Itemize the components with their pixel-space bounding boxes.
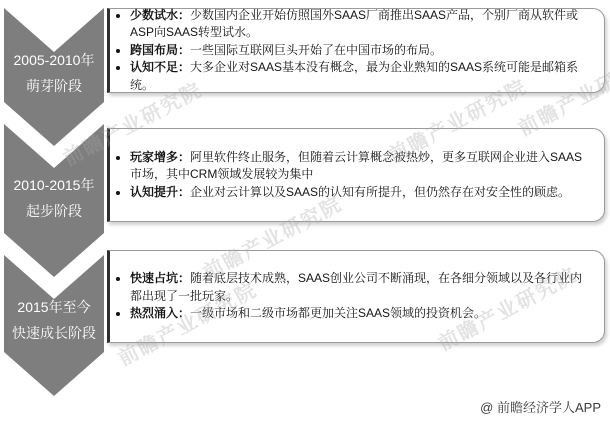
stage-3-phase: 快速成长阶段: [4, 320, 104, 346]
point-label: 玩家增多：: [130, 150, 190, 164]
bullet-point: 玩家增多：阿里软件终止服务，但随着云计算概念被热炒，更多互联网企业进入SAAS市…: [130, 149, 592, 184]
point-label: 少数试水：: [130, 8, 190, 22]
source-credit: @ 前瞻经济学人APP: [480, 397, 601, 416]
point-label: 热烈涌入：: [130, 306, 190, 320]
stage-1-phase: 萌芽阶段: [4, 73, 104, 99]
stage-2-label: 2010-2015年 起步阶段: [4, 172, 104, 224]
stage-1-points-list: 少数试水：少数国内企业开始仿照国外SAAS厂商推出SAAS产品，个别厂商从软件或…: [115, 7, 592, 95]
point-text: 企业对云计算以及SAAS的认知有所提升，但仍然存在对安全性的顾虑。: [190, 185, 570, 199]
point-label: 认知不足：: [130, 60, 190, 74]
point-text: 少数国内企业开始仿照国外SAAS厂商推出SAAS产品，个别厂商从软件或ASP向S…: [130, 8, 578, 40]
bullet-point: 热烈涌入：一级市场和二级市场都更加关注SAAS领域的投资机会。: [130, 305, 592, 323]
point-text: 一些国际互联网巨头开始了在中国市场的布局。: [190, 43, 442, 57]
point-text: 大多企业对SAAS基本没有概念，最为企业熟知的SAAS系统可能是邮箱系统。: [130, 60, 578, 92]
point-text: 阿里软件终止服务，但随着云计算概念被热炒，更多互联网企业进入SAAS市场，其中C…: [130, 150, 582, 182]
stage-2-phase: 起步阶段: [4, 198, 104, 224]
saas-development-timeline: 2005-2010年 萌芽阶段 2010-2015年 起步阶段 2015年至今 …: [0, 0, 610, 424]
point-text: 一级市场和二级市场都更加关注SAAS领域的投资机会。: [190, 306, 486, 320]
stage-1-details-box: 少数试水：少数国内企业开始仿照国外SAAS厂商推出SAAS产品，个别厂商从软件或…: [107, 8, 605, 93]
stage-3-label: 2015年至今 快速成长阶段: [4, 294, 104, 346]
stage-2-details-box: 玩家增多：阿里软件终止服务，但随着云计算概念被热炒，更多互联网企业进入SAAS市…: [107, 128, 605, 222]
bullet-point: 快速占坑：随着底层技术成熟，SAAS创业公司不断涌现，在各细分领域以及各行业内都…: [130, 270, 592, 305]
stage-3-points-list: 快速占坑：随着底层技术成熟，SAAS创业公司不断涌现，在各细分领域以及各行业内都…: [115, 270, 592, 323]
stage-1-label: 2005-2010年 萌芽阶段: [4, 47, 104, 99]
bullet-point: 少数试水：少数国内企业开始仿照国外SAAS厂商推出SAAS产品，个别厂商从软件或…: [130, 7, 592, 42]
stage-2-points-list: 玩家增多：阿里软件终止服务，但随着云计算概念被热炒，更多互联网企业进入SAAS市…: [115, 149, 592, 202]
stage-1-period: 2005-2010年: [4, 47, 104, 73]
point-label: 跨国布局：: [130, 43, 190, 57]
point-label: 认知提升：: [130, 185, 190, 199]
point-text: 随着底层技术成熟，SAAS创业公司不断涌现，在各细分领域以及各行业内都出现了一批…: [130, 271, 582, 303]
bullet-point: 认知提升：企业对云计算以及SAAS的认知有所提升，但仍然存在对安全性的顾虑。: [130, 184, 592, 202]
stage-2-period: 2010-2015年: [4, 172, 104, 198]
point-label: 快速占坑：: [130, 271, 190, 285]
stage-3-details-box: 快速占坑：随着底层技术成熟，SAAS创业公司不断涌现，在各细分领域以及各行业内都…: [107, 250, 605, 343]
bullet-point: 跨国布局：一些国际互联网巨头开始了在中国市场的布局。: [130, 42, 592, 60]
bullet-point: 认知不足：大多企业对SAAS基本没有概念，最为企业熟知的SAAS系统可能是邮箱系…: [130, 59, 592, 94]
stage-3-period: 2015年至今: [4, 294, 104, 320]
